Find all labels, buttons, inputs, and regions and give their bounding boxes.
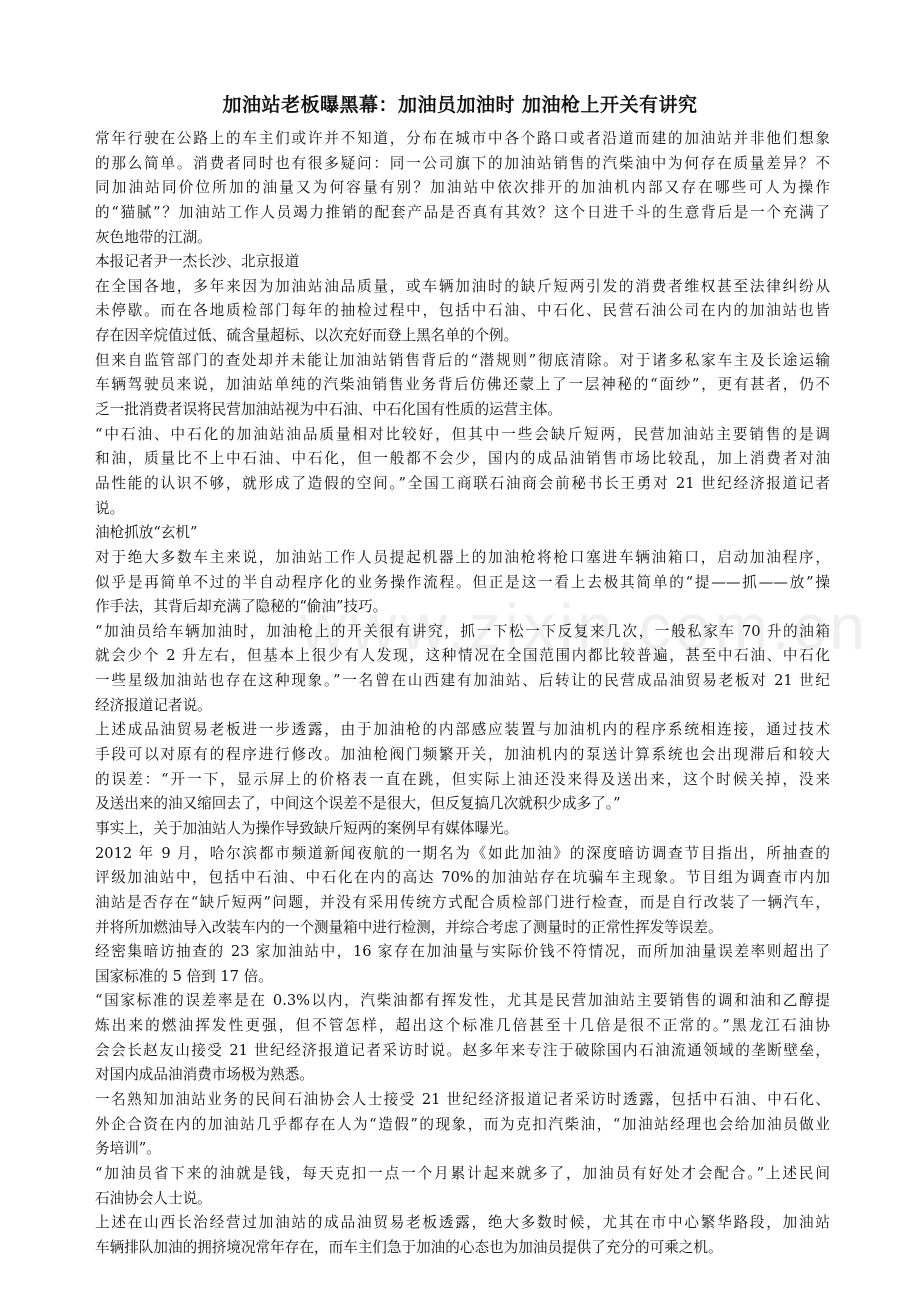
text-line: 说。: [95, 497, 830, 522]
text-line: “加油员省下来的油就是钱，每天克扣一点一个月累计起来就多了，加油员有好处才会配合…: [95, 1162, 830, 1187]
text-line: 的那么简单。消费者同时也有很多疑问：同一公司旗下的加油站销售的汽柴油中为何存在质…: [95, 152, 830, 177]
text-line: 对于绝大多数车主来说，加油站工作人员提起机器上的加油枪将枪口塞进车辆油箱口，启动…: [95, 546, 830, 571]
text-line: 常年行驶在公路上的车主们或许并不知道，分布在城市中各个路口或者沿道而建的加油站并…: [95, 127, 830, 152]
article-body: 常年行驶在公路上的车主们或许并不知道，分布在城市中各个路口或者沿道而建的加油站并…: [95, 127, 830, 1260]
text-line: 一些星级加油站也存在这种现象。”一名曾在山西建有加油站、后转让的民营成品油贸易老…: [95, 669, 830, 694]
text-line: 经济报道记者说。: [95, 694, 830, 719]
text-line: 存在因辛烷值过低、硫含量超标、以次充好而登上黑名单的个例。: [95, 324, 830, 349]
text-line: 对国内成品油消费市场极为熟悉。: [95, 1063, 830, 1088]
text-line: 车辆驾驶员来说，加油站单纯的汽柴油销售业务背后仿佛还蒙上了一层神秘的“面纱”，更…: [95, 373, 830, 398]
text-line: 石油协会人士说。: [95, 1187, 830, 1212]
text-line: 上述成品油贸易老板进一步透露，由于加油枪的内部感应装置与加油机内的程序系统相连接…: [95, 718, 830, 743]
text-line: 同加油站同价位所加的油量又为何容量有别？加油站中依次排开的加油机内部又存在哪些可…: [95, 176, 830, 201]
text-line: 及送出来的油又缩回去了，中间这个误差不是很大，但反复搞几次就积少成多了。”: [95, 792, 830, 817]
text-line: 外企合资在内的加油站几乎都存在人为“造假”的现象，而为克扣汽柴油，“加油站经理也…: [95, 1113, 830, 1138]
text-line: 事实上，关于加油站人为操作导致缺斤短两的案例早有媒体曝光。: [95, 817, 830, 842]
text-line: 务培训”。: [95, 1137, 830, 1162]
text-line: 的误差：“开一下，显示屏上的价格表一直在跳，但实际上油还没来得及送出来，这个时候…: [95, 768, 830, 793]
text-line: 国家标准的 5 倍到 17 倍。: [95, 965, 830, 990]
text-line: 车辆排队加油的拥挤境况常年存在，而车主们急于加油的心态也为加油员提供了充分的可乘…: [95, 1236, 830, 1261]
text-line: 经密集暗访抽查的 23 家加油站中，16 家存在加油量与实际价钱不符情况，而所加…: [95, 940, 830, 965]
text-line: “中石油、中石化的加油站油品质量相对比较好，但其中一些会缺斤短两，民营加油站主要…: [95, 423, 830, 448]
text-line: 乏一批消费者误将民营加油站视为中石油、中石化国有性质的运营主体。: [95, 398, 830, 423]
text-line: 油站是否存在“缺斤短两”问题，并没有采用传统方式配合质检部门进行检查，而是自行改…: [95, 891, 830, 916]
text-line: 的“猫腻”？加油站工作人员竭力推销的配套产品是否真有其效？这个日进千斗的生意背后…: [95, 201, 830, 226]
text-line: 在全国各地，多年来因为加油站油品质量，或车辆加油时的缺斤短两引发的消费者维权甚至…: [95, 275, 830, 300]
text-line: 油枪抓放“玄机”: [95, 521, 830, 546]
text-line: 评级加油站中，包括中石油、中石化在内的高达 70%的加油站存在坑骗车主现象。节目…: [95, 866, 830, 891]
text-line: “加油员给车辆加油时，加油枪上的开关很有讲究，抓一下松一下反复来几次，一般私家车…: [95, 620, 830, 645]
text-line: 似乎是再简单不过的半自动程序化的业务操作流程。但正是这一看上去极其简单的“提——…: [95, 571, 830, 596]
text-line: 2012 年 9 月，哈尔滨都市频道新闻夜航的一期名为《如此加油》的深度暗访调查…: [95, 842, 830, 867]
text-line: 会会长赵友山接受 21 世纪经济报道记者采访时说。赵多年来专注于破除国内石油流通…: [95, 1039, 830, 1064]
text-line: 和油，质量比不上中石油、中石化，但一般都不会少，国内的成品油销售市场比较乱，加上…: [95, 447, 830, 472]
text-line: 上述在山西长治经营过加油站的成品油贸易老板透露，绝大多数时候，尤其在市中心繁华路…: [95, 1211, 830, 1236]
article-title: 加油站老板曝黑幕：加油员加油时 加油枪上开关有讲究: [0, 90, 920, 117]
document-page: www.zixin.com.cn 加油站老板曝黑幕：加油员加油时 加油枪上开关有…: [0, 0, 920, 1302]
text-line: 但来自监管部门的查处却并未能让加油站销售背后的“潜规则”彻底清除。对于诸多私家车…: [95, 349, 830, 374]
text-line: 就会少个 2 升左右，但基本上很少有人发现，这种情况在全国范围内都比较普遍，甚至…: [95, 644, 830, 669]
text-line: 并将所加燃油导入改装车内的一个测量箱中进行检测，并综合考虑了测量时的正常性挥发等…: [95, 916, 830, 941]
text-line: 本报记者尹一杰长沙、北京报道: [95, 250, 830, 275]
text-line: “国家标准的误差率是在 0.3%以内，汽柴油都有挥发性，尤其是民营加油站主要销售…: [95, 989, 830, 1014]
text-line: 品性能的认识不够，就形成了造假的空间。”全国工商联石油商会前秘书长王勇对 21 …: [95, 472, 830, 497]
text-line: 未停歇。而在各地质检部门每年的抽检过程中，包括中石油、中石化、民营石油公司在内的…: [95, 299, 830, 324]
text-line: 炼出来的燃油挥发性更强，但不管怎样，超出这个标准几倍甚至十几倍是很不正常的。”黑…: [95, 1014, 830, 1039]
text-line: 手段可以对原有的程序进行修改。加油枪阀门频繁开关，加油机内的泵送计算系统也会出现…: [95, 743, 830, 768]
text-line: 一名熟知加油站业务的民间石油协会人士接受 21 世纪经济报道记者采访时透露，包括…: [95, 1088, 830, 1113]
text-line: 作手法，其背后却充满了隐秘的“偷油”技巧。: [95, 595, 830, 620]
text-line: 灰色地带的江湖。: [95, 226, 830, 251]
